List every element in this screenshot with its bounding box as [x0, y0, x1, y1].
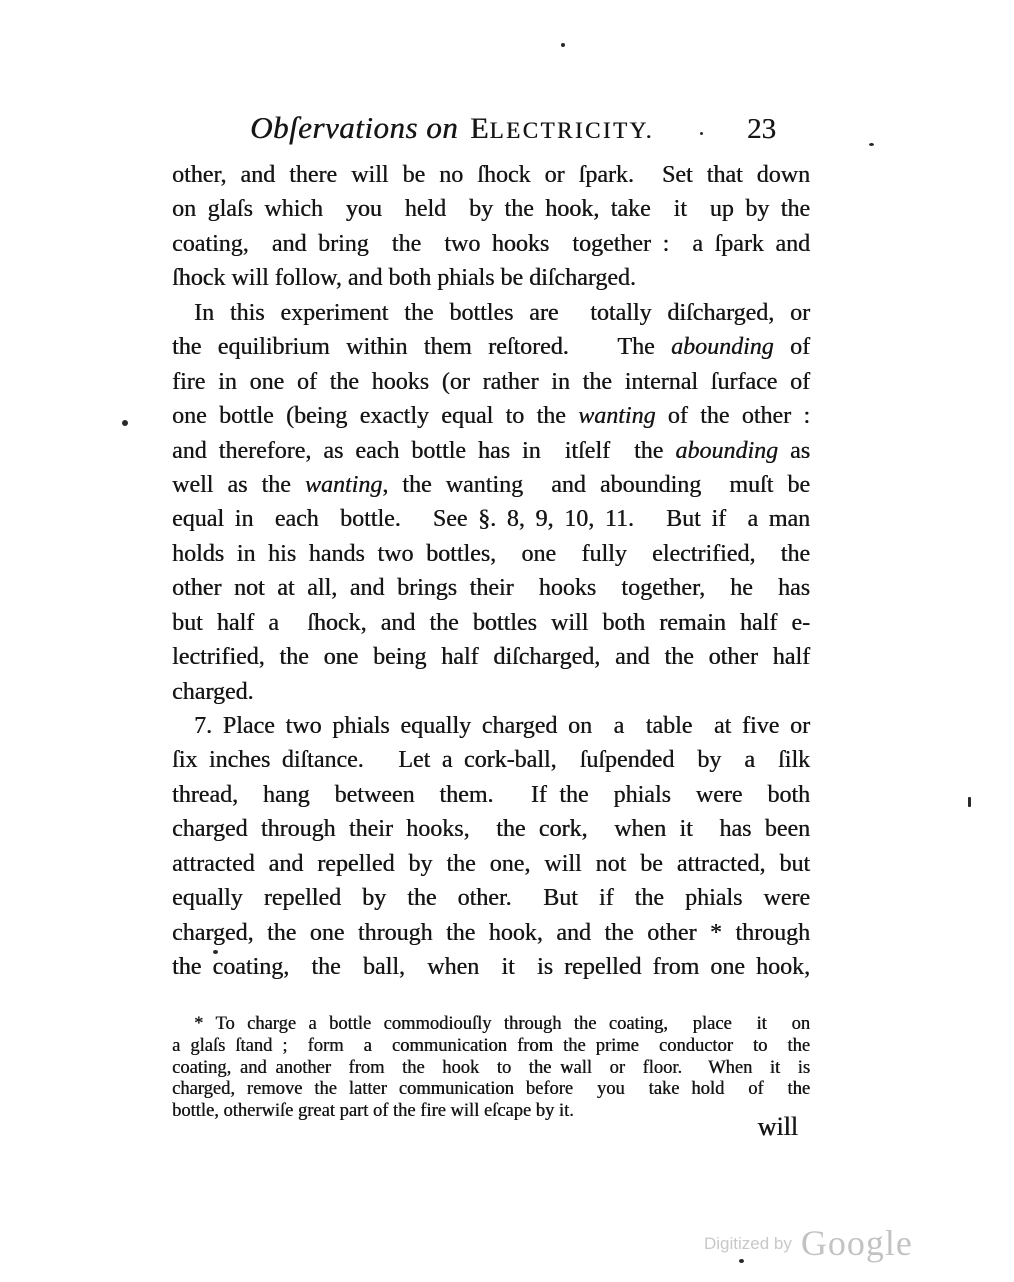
text-run: attracted and repelled by the one, will … — [172, 851, 810, 877]
scan-speck — [122, 420, 128, 426]
text-run: charged. — [172, 679, 254, 705]
text-run: In this experiment the bottles are total… — [194, 300, 810, 326]
scan-speck — [739, 1259, 744, 1263]
text-run: ſhock will follow, and both phials be di… — [172, 265, 636, 291]
text-run: holds in his hands two bottles, one full… — [172, 541, 810, 567]
paragraph-1-line-1: other, and there will be no ſhock or ſpa… — [172, 158, 810, 192]
body-text: other, and there will be no ſhock or ſpa… — [172, 158, 810, 985]
text-run: , the wanting and abounding muſt be — [382, 472, 810, 498]
paragraph-2-line-9: other not at all, and brings their hooks… — [172, 571, 810, 605]
paragraph-2-line-5: and therefore, as each bottle has in itſ… — [172, 434, 810, 468]
book-page: Obſervations onElectricity. 23 other, an… — [0, 0, 1014, 1282]
catchword: will — [172, 1112, 798, 1142]
scan-speck — [869, 143, 874, 146]
scan-speck — [561, 43, 565, 47]
header-title-capital: E — [470, 112, 489, 145]
paragraph-2-line-1: In this experiment the bottles are total… — [172, 296, 810, 330]
italic-text-run: abounding — [671, 334, 774, 360]
running-header: Obſervations onElectricity. — [172, 110, 732, 146]
text-run: one bottle (being exactly equal to the — [172, 403, 578, 429]
italic-text-run: abounding — [675, 438, 778, 464]
text-run: charged, the one through the hook, and t… — [172, 920, 810, 946]
page-number: 23 — [747, 113, 776, 146]
google-watermark: Digitized byGoogle — [704, 1222, 913, 1264]
scan-speck — [213, 950, 218, 954]
paragraph-2-line-10: but half a ſhock, and the bottles will b… — [172, 606, 810, 640]
paragraph-2-line-12: charged. — [172, 675, 810, 709]
text-run: well as the — [172, 472, 305, 498]
paragraph-3-line-5: attracted and repelled by the one, will … — [172, 847, 810, 881]
header-title-smallcaps: lectricity. — [490, 118, 654, 143]
text-run: other not at all, and brings their hooks… — [172, 575, 810, 601]
text-run: ſix inches diſtance. Let a cork-ball, ſu… — [172, 747, 810, 773]
text-run: equal in each bottle. See §. 8, 9, 10, 1… — [172, 506, 810, 532]
italic-text-run: wanting — [305, 472, 382, 498]
text-run: thread, hang between them. If the phials… — [172, 782, 810, 808]
text-run: of — [774, 334, 810, 360]
text-run: the coating, the ball, when it is repell… — [172, 954, 810, 980]
text-run: charged through their hooks, the cork, w… — [172, 816, 810, 842]
text-run: 7. Place two phials equally charged on a… — [194, 713, 810, 739]
text-run: equally repelled by the other. But if th… — [172, 885, 810, 911]
scan-speck — [700, 132, 703, 135]
text-run: fire in one of the hooks (or rather in t… — [172, 369, 810, 395]
paragraph-2-line-2: the equilibrium within them reſtored. Th… — [172, 330, 810, 364]
text-run: on glaſs which you held by the hook, tak… — [172, 196, 810, 222]
text-run: a glaſs ſtand ; form a communication fro… — [172, 1036, 810, 1056]
text-run: coating, and bring the two hooks togethe… — [172, 231, 810, 257]
text-run: and therefore, as each bottle has in itſ… — [172, 438, 675, 464]
text-run: lectrified, the one being half diſcharge… — [172, 644, 810, 670]
footnote-line-4: charged, remove the latter communication… — [172, 1079, 810, 1101]
text-run: charged, remove the latter communication… — [172, 1079, 810, 1099]
italic-text-run: wanting — [578, 403, 655, 429]
paragraph-2-line-6: well as the wanting, the wanting and abo… — [172, 468, 810, 502]
paragraph-3-line-6: equally repelled by the other. But if th… — [172, 881, 810, 915]
paragraph-2-line-11: lectrified, the one being half diſcharge… — [172, 640, 810, 674]
text-run: other, and there will be no ſhock or ſpa… — [172, 162, 810, 188]
paragraph-1-line-4: ſhock will follow, and both phials be di… — [172, 261, 810, 295]
paragraph-3-line-8: the coating, the ball, when it is repell… — [172, 950, 810, 984]
text-run: but half a ſhock, and the bottles will b… — [172, 610, 810, 636]
paragraph-1-line-3: coating, and bring the two hooks togethe… — [172, 227, 810, 261]
google-logo: Google — [801, 1223, 913, 1263]
footnote: * To charge a bottle commodiouſly throug… — [172, 1014, 810, 1123]
footnote-line-2: a glaſs ſtand ; form a communication fro… — [172, 1036, 810, 1058]
paragraph-2-line-7: equal in each bottle. See §. 8, 9, 10, 1… — [172, 502, 810, 536]
paragraph-2-line-8: holds in his hands two bottles, one full… — [172, 537, 810, 571]
text-run: as — [778, 438, 810, 464]
footnote-line-1: * To charge a bottle commodiouſly throug… — [172, 1014, 810, 1036]
paragraph-3-line-2: ſix inches diſtance. Let a cork-ball, ſu… — [172, 743, 810, 777]
paragraph-2-line-3: fire in one of the hooks (or rather in t… — [172, 365, 810, 399]
paragraph-2-line-4: one bottle (being exactly equal to the w… — [172, 399, 810, 433]
paragraph-1-line-2: on glaſs which you held by the hook, tak… — [172, 192, 810, 226]
text-run: coating, and another from the hook to th… — [172, 1058, 810, 1078]
text-run: * To charge a bottle commodiouſly throug… — [194, 1014, 810, 1034]
text-run: the equilibrium within them reſtored. Th… — [172, 334, 671, 360]
paragraph-3-line-3: thread, hang between them. If the phials… — [172, 778, 810, 812]
paragraph-3-line-4: charged through their hooks, the cork, w… — [172, 812, 810, 846]
text-run: of the other : — [655, 403, 810, 429]
paragraph-3-line-1: 7. Place two phials equally charged on a… — [172, 709, 810, 743]
header-title-italic: Obſervations on — [250, 110, 458, 145]
paragraph-3-line-7: charged, the one through the hook, and t… — [172, 916, 810, 950]
scan-speck — [968, 797, 971, 807]
footnote-line-3: coating, and another from the hook to th… — [172, 1058, 810, 1080]
digitized-by-label: Digitized by — [704, 1234, 792, 1253]
